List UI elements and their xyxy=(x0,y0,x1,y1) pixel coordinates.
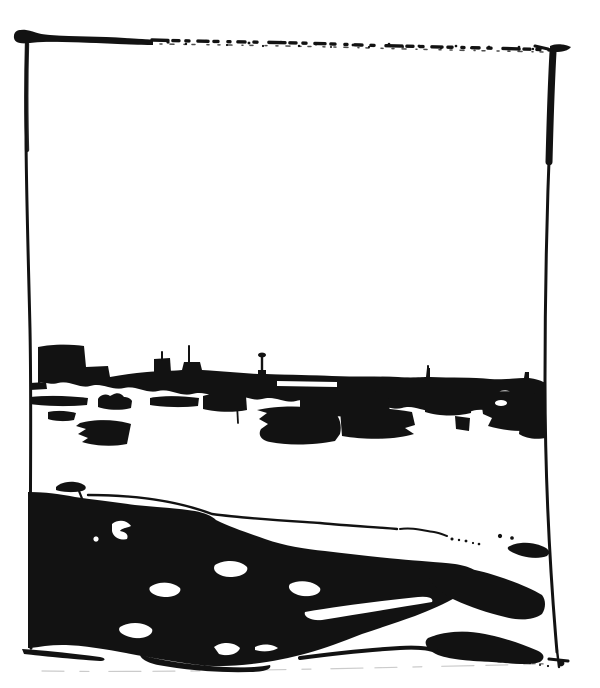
frame-left-line-thick-top xyxy=(26,44,27,150)
shore-gap-dot xyxy=(93,536,98,541)
frame-right-line-thick-top xyxy=(549,52,553,162)
skyline-mast-3-cap xyxy=(258,353,266,358)
sketch-canvas: Black ink brush sketch of a harbor: a lo… xyxy=(0,0,600,688)
boat-dash-1 xyxy=(30,382,47,390)
boat-12 xyxy=(455,416,470,431)
boat-dash-6 xyxy=(150,396,199,407)
boat-dash-2 xyxy=(30,396,88,406)
frame-top-ink-blob xyxy=(14,30,26,42)
boat-11 xyxy=(425,389,472,415)
boat-13-highlight xyxy=(495,400,507,406)
boat-10 xyxy=(340,408,415,439)
boat-7-mast-reflection xyxy=(237,404,238,423)
boat-7 xyxy=(203,393,247,411)
boat-4 xyxy=(48,411,76,421)
boat-5 xyxy=(76,420,131,446)
harbor-sketch: Black ink brush sketch of a harbor: a lo… xyxy=(0,0,600,688)
